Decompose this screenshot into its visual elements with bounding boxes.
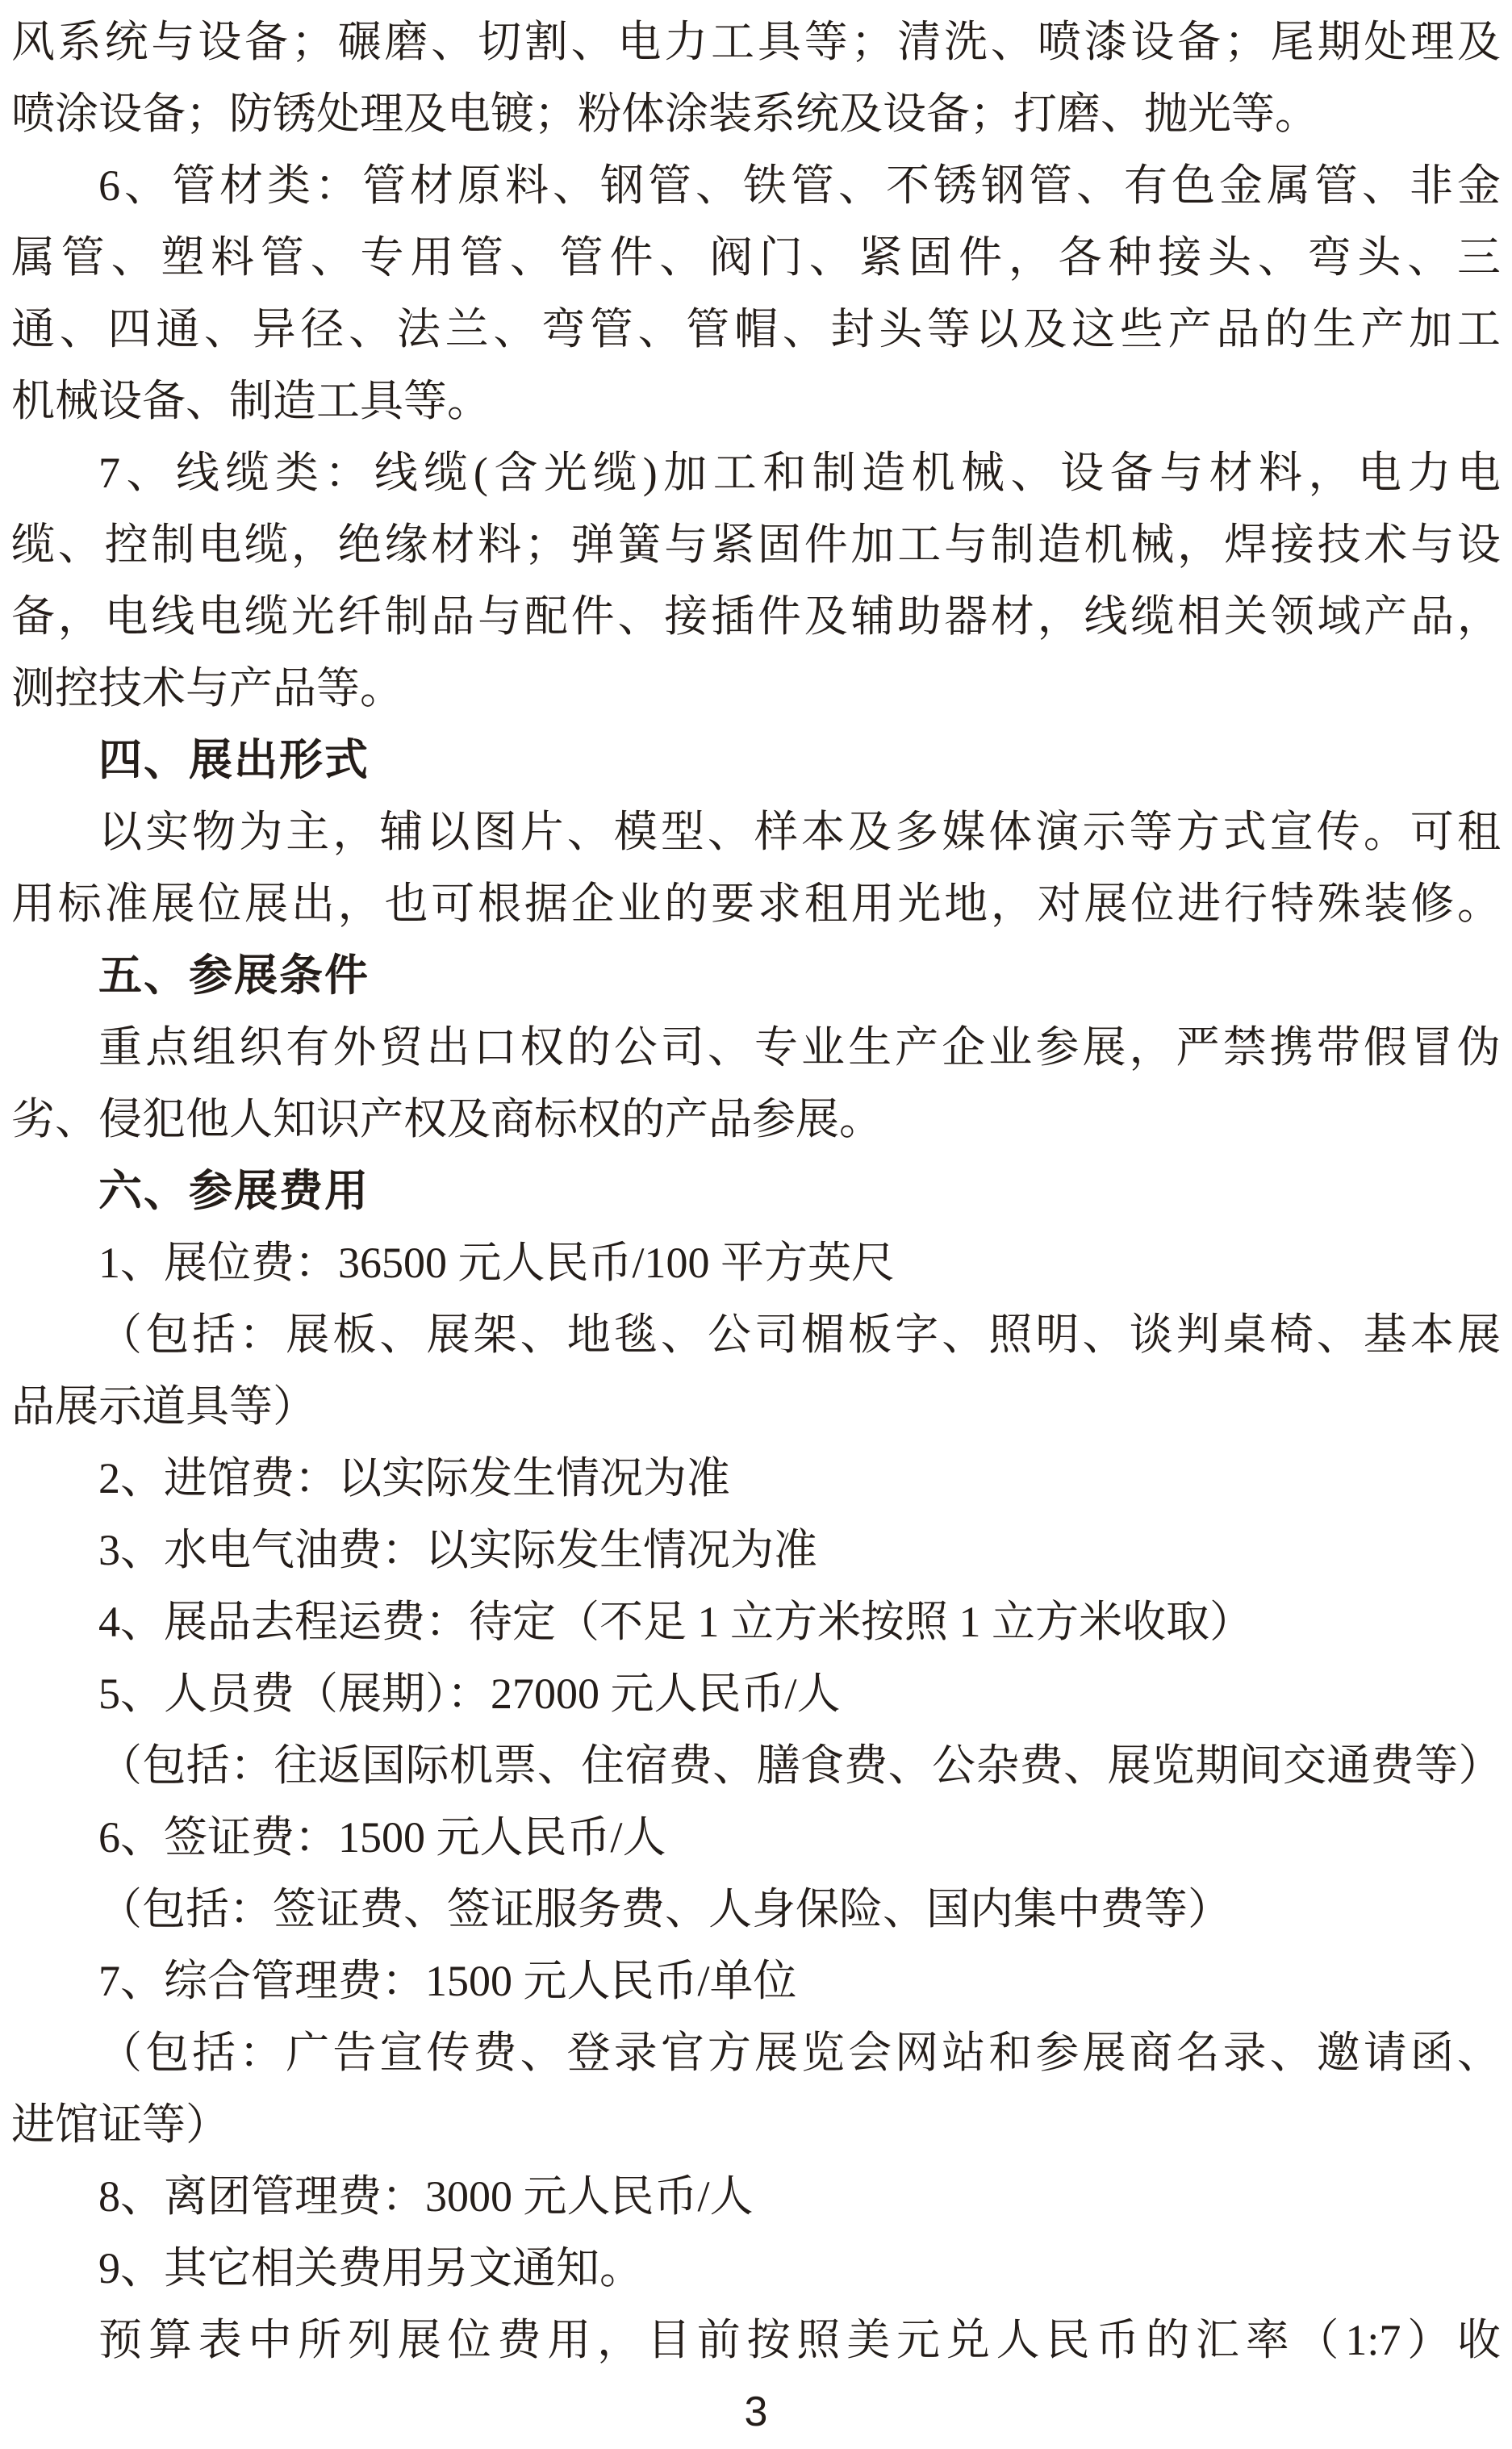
text-line: 5、人员费（展期）：27000 元人民币/人 [11,1658,1501,1730]
document-text-block: 风系统与设备；碾磨、切割、电力工具等；清洗、喷漆设备；尾期处理及喷涂设备；防锈处… [11,6,1501,2376]
text-line: （包括：广告宣传费、登录官方展览会网站和参展商名录、邀请函、 [11,2017,1501,2089]
text-line: 2、进馆费：以实际发生情况为准 [11,1443,1501,1515]
text-line: 3、水电气油费：以实际发生情况为准 [11,1515,1501,1586]
text-line: 机械设备、制造工具等。 [11,366,1501,437]
text-line: 7、综合管理费：1500 元人民币/单位 [11,1945,1501,2017]
text-line: 备，电线电缆光纤制品与配件、接插件及辅助器材，线缆相关领域产品， [11,581,1501,653]
text-line: 缆、控制电缆，绝缘材料；弹簧与紧固件加工与制造机械，焊接技术与设 [11,509,1501,581]
text-line: 进馆证等） [11,2089,1501,2161]
text-line: 6、管材类：管材原料、钢管、铁管、不锈钢管、有色金属管、非金 [11,150,1501,222]
page-number: 3 [0,2389,1512,2434]
text-line: 预算表中所列展位费用，目前按照美元兑人民币的汇率（1:7）收 [11,2305,1501,2376]
text-line: 7、线缆类：线缆(含光缆)加工和制造机械、设备与材料，电力电 [11,437,1501,509]
text-line: 风系统与设备；碾磨、切割、电力工具等；清洗、喷漆设备；尾期处理及 [11,6,1501,78]
section-heading: 六、参展费用 [11,1156,1501,1227]
text-line: 通、四通、异径、法兰、弯管、管帽、封头等以及这些产品的生产加工 [11,294,1501,366]
text-line: 4、展品去程运费：待定（不足 1 立方米按照 1 立方米收取） [11,1586,1501,1658]
section-heading: 四、展出形式 [11,725,1501,796]
text-line: 用标准展位展出，也可根据企业的要求租用光地，对展位进行特殊装修。 [11,868,1501,940]
section-heading: 五、参展条件 [11,940,1501,1012]
text-line: 9、其它相关费用另文通知。 [11,2233,1501,2305]
text-line: 品展示道具等） [11,1371,1501,1443]
text-line: 属管、塑料管、专用管、管件、阀门、紧固件，各种接头、弯头、三 [11,222,1501,294]
text-line: 重点组织有外贸出口权的公司、专业生产企业参展，严禁携带假冒伪 [11,1012,1501,1084]
text-line: （包括：往返国际机票、住宿费、膳食费、公杂费、展览期间交通费等） [11,1730,1501,1802]
text-line: 劣、侵犯他人知识产权及商标权的产品参展。 [11,1084,1501,1156]
text-line: （包括：展板、展架、地毯、公司楣板字、照明、谈判桌椅、基本展 [11,1299,1501,1371]
text-line: 1、展位费：36500 元人民币/100 平方英尺 [11,1227,1501,1299]
text-line: 以实物为主，辅以图片、模型、样本及多媒体演示等方式宣传。可租 [11,796,1501,868]
text-line: 6、签证费：1500 元人民币/人 [11,1802,1501,1874]
document-page: 风系统与设备；碾磨、切割、电力工具等；清洗、喷漆设备；尾期处理及喷涂设备；防锈处… [0,0,1512,2449]
text-line: 8、离团管理费：3000 元人民币/人 [11,2161,1501,2233]
text-line: 测控技术与产品等。 [11,653,1501,725]
text-line: 喷涂设备；防锈处理及电镀；粉体涂装系统及设备；打磨、抛光等。 [11,78,1501,150]
text-line: （包括：签证费、签证服务费、人身保险、国内集中费等） [11,1874,1501,1945]
